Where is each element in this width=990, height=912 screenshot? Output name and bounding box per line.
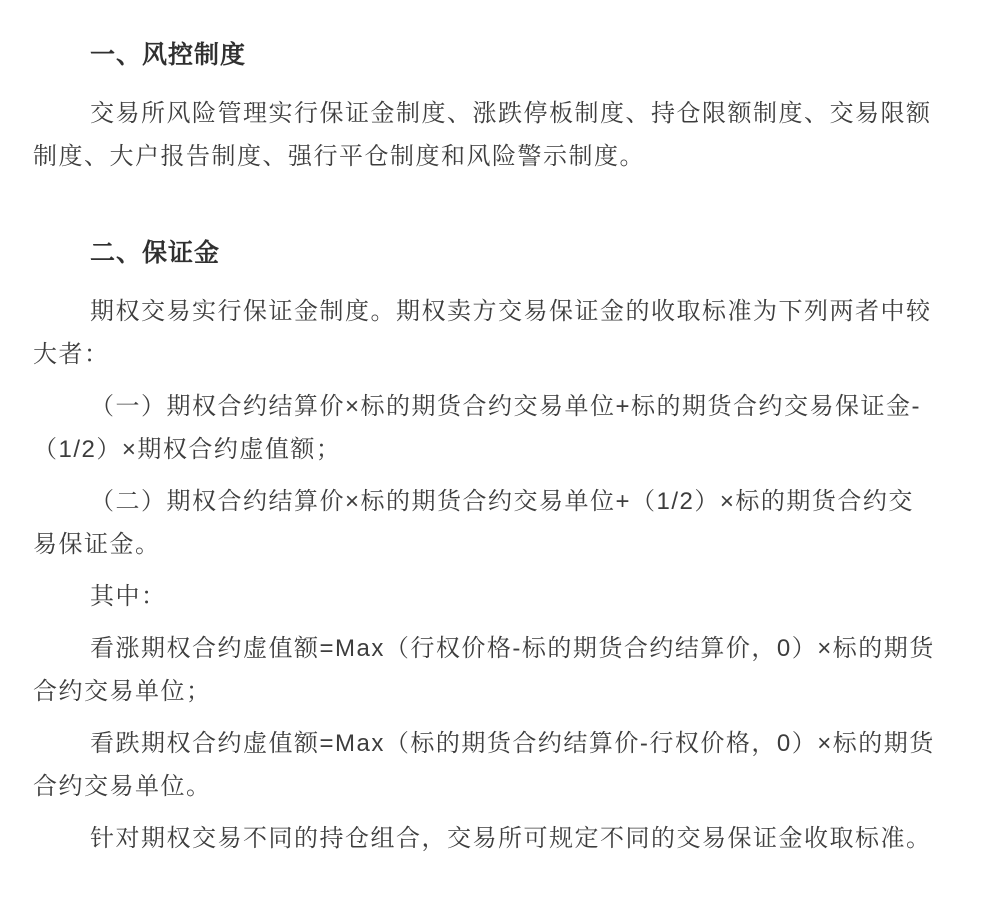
section-margin: 二、保证金 期权交易实行保证金制度。期权卖方交易保证金的收取标准为下列两者中较大… [33,234,950,860]
margin-among-which-paragraph: 其中： [33,575,938,618]
risk-control-paragraph: 交易所风险管理实行保证金制度、涨跌停板制度、持仓限额制度、交易限额制度、大户报告… [33,92,938,178]
position-combination-paragraph: 针对期权交易不同的持仓组合，交易所可规定不同的交易保证金收取标准。 [33,817,938,860]
margin-formula-one-paragraph: （一）期权合约结算价×标的期货合约交易单位+标的期货合约交易保证金-（1/2）×… [33,385,938,471]
call-option-otm-paragraph: 看涨期权合约虚值额=Max（行权价格-标的期货合约结算价，0）×标的期货合约交易… [33,627,938,713]
section-risk-control: 一、风控制度 交易所风险管理实行保证金制度、涨跌停板制度、持仓限额制度、交易限额… [33,36,950,178]
margin-formula-two-paragraph: （二）期权合约结算价×标的期货合约交易单位+（1/2）×标的期货合约交易保证金。 [33,480,938,566]
margin-intro-paragraph: 期权交易实行保证金制度。期权卖方交易保证金的收取标准为下列两者中较大者： [33,290,938,376]
margin-heading: 二、保证金 [33,234,950,272]
put-option-otm-paragraph: 看跌期权合约虚值额=Max（标的期货合约结算价-行权价格，0）×标的期货合约交易… [33,722,938,808]
risk-control-heading: 一、风控制度 [33,36,950,74]
document-page: 一、风控制度 交易所风险管理实行保证金制度、涨跌停板制度、持仓限额制度、交易限额… [0,0,990,912]
